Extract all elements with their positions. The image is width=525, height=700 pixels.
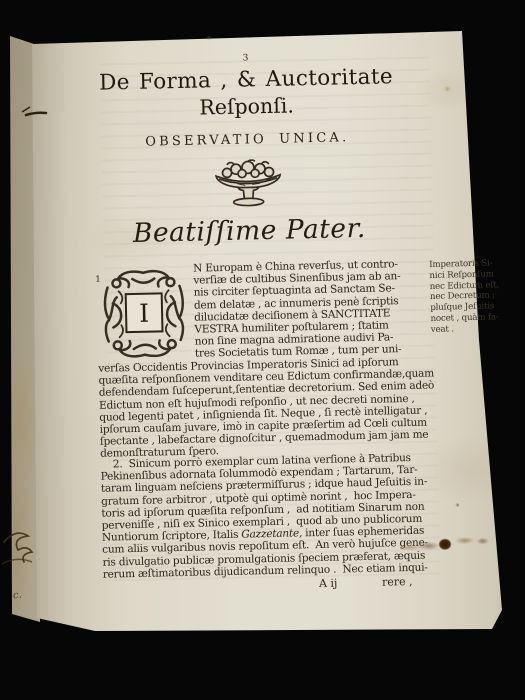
headpiece-ornament	[92, 156, 405, 213]
paragraph-2-text-end: cum aliis vulgaribus novis repoſitum eſt…	[102, 537, 443, 581]
drop-cap-letter: I	[126, 293, 163, 332]
paragraph-1-text-full-width: verſas Occidentis Provincias Imperatoris…	[98, 355, 440, 460]
printed-text-block: 3 De Forma , & Auctoritate Reſponſi. OBS…	[89, 43, 446, 625]
signature-mark: A ij	[319, 577, 338, 590]
paragraph-1-text-beside-initial: N Europam è China reverſus, ut contro- v…	[193, 257, 438, 360]
foxing-spot	[466, 260, 472, 265]
paragraph-1: 1	[96, 257, 440, 460]
margin-note: Imperatoris Si- nici Reſponſum nec Edict…	[429, 258, 513, 336]
paragraph-2: 2. Sinicum porrò exemplar cum latina ver…	[100, 451, 443, 580]
ink-stain	[400, 529, 490, 557]
gazzetante-italic: Gazzetante,	[241, 528, 302, 541]
tear-mark	[20, 103, 50, 121]
paragraph-1-number: 1	[95, 275, 101, 285]
section-heading: OBSERVATIO UNICA.	[91, 129, 403, 151]
salutation: Beatiſſime Pater.	[93, 212, 406, 250]
catchword: rere ,	[382, 575, 413, 589]
book-photo: c. 3 De Forma , & Auctoritate Reſponſi. …	[0, 0, 525, 700]
ink-squiggle-mark	[0, 520, 48, 580]
handwritten-letter-mark: c.	[12, 590, 22, 602]
fruit-bowl-ornament-icon	[205, 159, 292, 209]
foxing-spot	[205, 36, 213, 40]
foxing-spot	[444, 86, 451, 92]
decorated-initial: I	[102, 268, 186, 360]
paragraph-2-text-start: 2. Sinicum porrò exemplar cum latina ver…	[100, 451, 442, 532]
foxing-spot	[455, 503, 460, 507]
title-line-2: Reſponſi.	[90, 91, 402, 122]
